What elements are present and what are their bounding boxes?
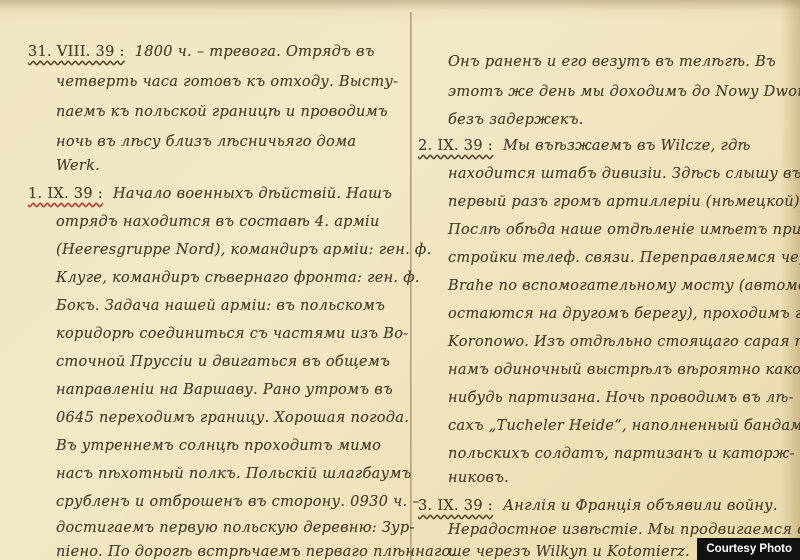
- line-text: Англія и Франція объявили войну.: [503, 498, 778, 514]
- diary-line: находится штабъ дивизіи. Здѣсь слышу въ: [448, 166, 800, 182]
- diary-line: сахъ „Tucheler Heide“, наполненный банда…: [448, 418, 800, 434]
- entry-date: 2. IX. 39 :: [418, 138, 493, 154]
- diary-line: ше черезъ Wilkyn и Kotomierz.: [448, 544, 690, 560]
- diary-line: Werk.: [56, 158, 100, 174]
- diary-sheet: 31. VIII. 39 :1800 ч. – тревога. Отрядъ …: [0, 0, 800, 560]
- diary-line: Въ утреннемъ солнцѣ проходитъ мимо: [56, 438, 381, 454]
- diary-line: Послѣ обѣда наше отдѣленіе имѣетъ приказ…: [448, 222, 800, 238]
- diary-line: Бокъ. Задача нашей арміи: въ польскомъ: [56, 298, 385, 314]
- right-page: Онъ раненъ и его везутъ въ телѣгѣ. Въ эт…: [418, 0, 788, 560]
- diary-line: отрядъ находится въ составѣ 4. арміи: [56, 214, 380, 230]
- diary-line: Koronowo. Изъ отдѣльно стоящаго сарая по: [448, 334, 800, 350]
- entry-date: 3. IX. 39 :: [418, 498, 493, 514]
- diary-line: (Heeresgruppe Nord), командиръ арміи: ге…: [56, 242, 431, 258]
- diary-line: ночь въ лѣсу близъ лѣсничьяго дома: [56, 134, 356, 150]
- diary-line: безъ задержекъ.: [448, 112, 584, 128]
- diary-line: 31. VIII. 39 :1800 ч. – тревога. Отрядъ …: [28, 44, 375, 60]
- diary-line: Brahe по вспомогательному мосту (автомоб…: [448, 278, 800, 294]
- diary-line: насъ пѣхотный полкъ. Польскій шлагбаумъ: [56, 466, 412, 482]
- diary-line: польскихъ солдатъ, партизанъ и каторж-: [448, 446, 795, 462]
- diary-line: 2. IX. 39 :Мы въѣзжаемъ въ Wilcze, гдѣ: [418, 138, 751, 154]
- line-text: Начало военныхъ дѣйствій. Нашъ: [113, 186, 392, 202]
- diary-line: срубленъ и отброшенъ въ сторону. 0930 ч.…: [56, 494, 420, 510]
- diary-line: 0645 переходимъ границу. Хорошая погода.: [56, 410, 409, 426]
- diary-line: достигаемъ первую польскую деревню: Зур-: [56, 520, 415, 536]
- diary-line: направленіи на Варшаву. Рано утромъ въ: [56, 382, 393, 398]
- diary-line: піенo. По дорогѣ встрѣчаемъ перваго плѣн…: [56, 544, 456, 560]
- diary-line: никовъ.: [448, 470, 509, 486]
- left-page: 31. VIII. 39 :1800 ч. – тревога. Отрядъ …: [28, 0, 400, 560]
- diary-line: коридорѣ соединиться съ частями изъ Во-: [56, 326, 408, 342]
- diary-line: сточной Пруссіи и двигаться въ общемъ: [56, 354, 390, 370]
- diary-line: этотъ же день мы доходимъ до Nowy Dwor: [448, 84, 800, 100]
- line-text: 1800 ч. – тревога. Отрядъ въ: [135, 44, 375, 60]
- diary-line: нибудь партизана. Ночь проводимъ въ лѣ-: [448, 390, 794, 406]
- diary-line: Нерадостное извѣстіе. Мы продвигаемся да…: [448, 522, 800, 538]
- diary-line: первый разъ громъ артиллеріи (нѣмецкой).: [448, 194, 800, 210]
- diary-line: остаются на другомъ берегу), проходимъ г…: [448, 306, 800, 322]
- diary-line: стройки телеф. связи. Переправляемся чер…: [448, 250, 800, 266]
- diary-line: намъ одиночный выстрѣлъ вѣроятно какого-: [448, 362, 800, 378]
- diary-line: 1. IX. 39 :Начало военныхъ дѣйствій. Наш…: [28, 186, 392, 202]
- diary-line: Онъ раненъ и его везутъ въ телѣгѣ. Въ: [448, 54, 776, 70]
- entry-date: 1. IX. 39 :: [28, 186, 103, 202]
- line-text: Мы въѣзжаемъ въ Wilcze, гдѣ: [503, 138, 751, 154]
- diary-line: четверть часа готовъ къ отходу. Высту-: [56, 74, 398, 90]
- courtesy-photo-credit: Courtesy Photo: [697, 538, 800, 560]
- diary-line: паемъ къ польской границѣ и проводимъ: [56, 104, 388, 120]
- diary-line: Клуге, командиръ сѣвернаго фронта: ген. …: [56, 270, 420, 286]
- diary-line: 3. IX. 39 :Англія и Франція объявили вой…: [418, 498, 778, 514]
- entry-date: 31. VIII. 39 :: [28, 44, 125, 60]
